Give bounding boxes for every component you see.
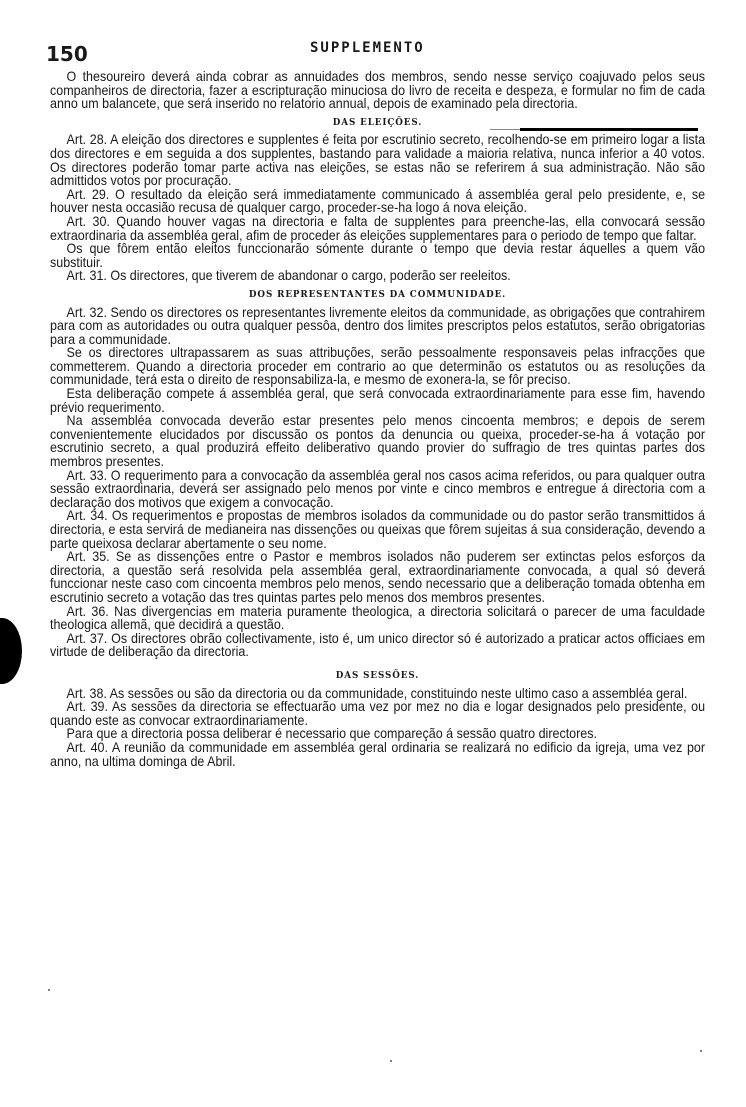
- article-32-cont-3: Na assembléa convocada deverão estar pre…: [50, 414, 705, 468]
- body-text: O thesoureiro deverá ainda cobrar as ann…: [50, 70, 705, 768]
- article-36: Art. 36. Nas divergencias em materia pur…: [50, 605, 705, 632]
- article-32: Art. 32. Sendo os directores os represen…: [50, 306, 705, 347]
- article-38: Art. 38. As sessões ou são da directoria…: [50, 687, 705, 701]
- scan-speck: [700, 1050, 702, 1052]
- article-32-cont-1: Se os directores ultrapassarem as suas a…: [50, 346, 705, 387]
- article-31: Art. 31. Os directores, que tiverem de a…: [50, 269, 705, 283]
- article-30: Art. 30. Quando houver vagas na director…: [50, 215, 705, 242]
- section-divider-rule: [520, 128, 698, 131]
- article-28: Art. 28. A eleição dos directores e supp…: [50, 133, 705, 187]
- article-32-cont-2: Esta deliberação compete á assembléa ger…: [50, 387, 705, 414]
- article-37: Art. 37. Os directores obrão collectivam…: [50, 632, 705, 659]
- scan-speck: [70, 650, 72, 652]
- page-number: 150: [46, 42, 88, 66]
- article-33: Art. 33. O requerimento para a convocaçã…: [50, 469, 705, 510]
- article-40: Art. 40. A reunião da communidade em ass…: [50, 741, 705, 768]
- article-35: Art. 35. Se as dissenções entre o Pastor…: [50, 550, 705, 604]
- article-39-cont: Para que a directoria possa deliberar é …: [50, 727, 705, 741]
- article-39: Art. 39. As sessões da directoria se eff…: [50, 700, 705, 727]
- section-divider-faint: [490, 129, 520, 130]
- scan-ink-blot: [0, 618, 22, 684]
- scanned-page: 150 SUPPLEMENTO O thesoureiro deverá ain…: [0, 0, 746, 1107]
- article-30-cont: Os que fôrem então eleitos funccionarão …: [50, 242, 705, 269]
- article-34: Art. 34. Os requerimentos e propostas de…: [50, 509, 705, 550]
- scan-speck: [390, 1060, 392, 1062]
- article-29: Art. 29. O resultado da eleição será imm…: [50, 188, 705, 215]
- section-title-sessoes: DAS SESSÕES.: [50, 669, 705, 683]
- intro-paragraph: O thesoureiro deverá ainda cobrar as ann…: [50, 70, 705, 111]
- scan-speck: [48, 989, 50, 991]
- page-header: 150 SUPPLEMENTO: [46, 40, 706, 68]
- section-title-representantes: DOS REPRESENTANTES DA COMMUNIDADE.: [50, 288, 705, 302]
- running-title: SUPPLEMENTO: [310, 40, 425, 56]
